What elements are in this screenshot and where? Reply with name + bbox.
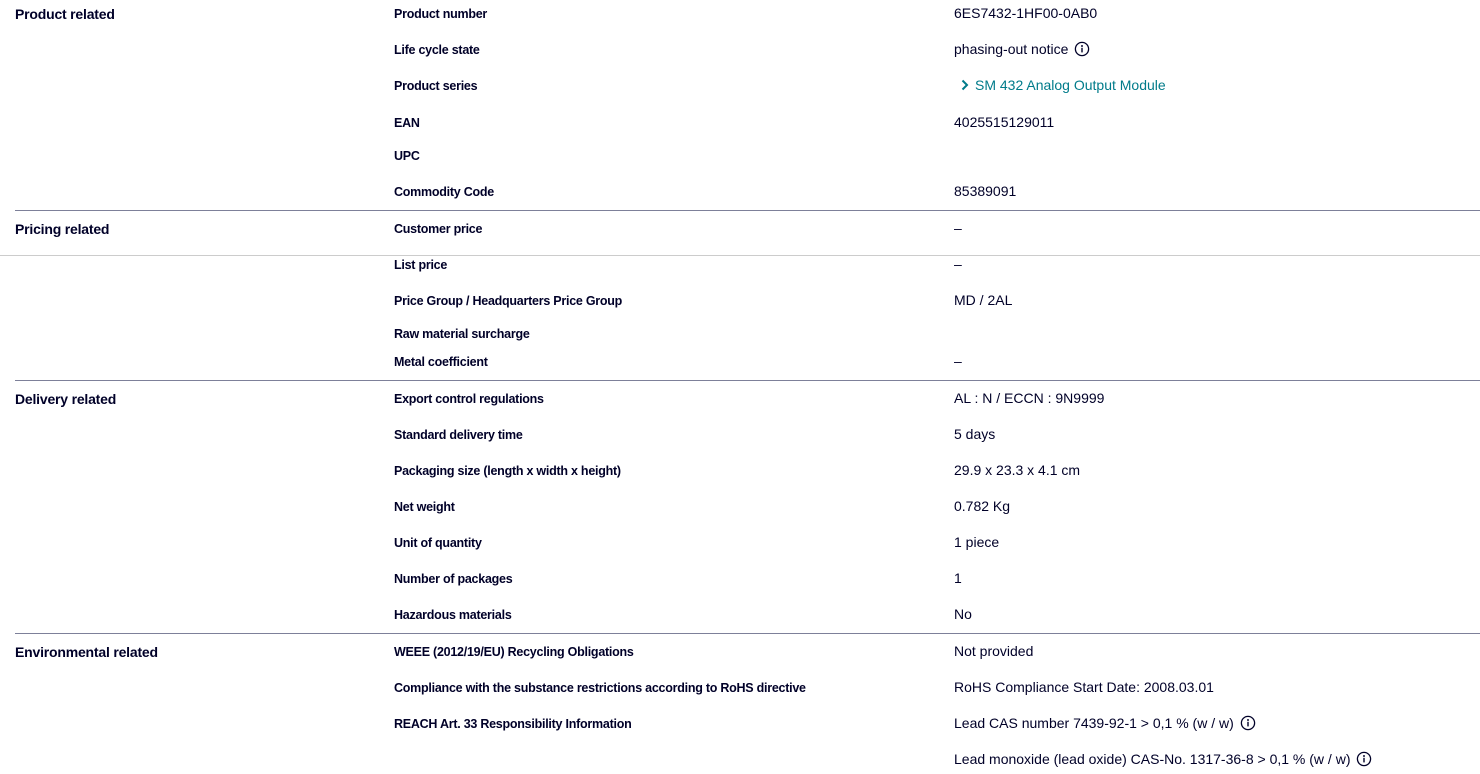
property-value: – xyxy=(954,254,962,274)
table-row: Product related Product number 6ES7432-1… xyxy=(0,4,1480,24)
property-label: Compliance with the substance restrictio… xyxy=(394,678,806,698)
reach-lead-oxide-value: Lead monoxide (lead oxide) CAS-No. 1317-… xyxy=(954,749,1350,769)
property-label: Number of packages xyxy=(394,569,512,589)
property-value: 29.9 x 23.3 x 4.1 cm xyxy=(954,460,1080,480)
info-icon[interactable] xyxy=(1074,41,1090,57)
property-label: WEEE (2012/19/EU) Recycling Obligations xyxy=(394,642,634,662)
property-label: Price Group / Headquarters Price Group xyxy=(394,291,622,311)
property-label: Packaging size (length x width x height) xyxy=(394,461,621,481)
property-label: Metal coefficient xyxy=(394,352,488,372)
property-value: – xyxy=(954,218,962,238)
property-value: SM 432 Analog Output Module xyxy=(954,75,1166,95)
property-label: Customer price xyxy=(394,219,482,239)
property-label: Commodity Code xyxy=(394,182,494,202)
property-value: 0.782 Kg xyxy=(954,496,1010,516)
property-value: phasing-out notice xyxy=(954,39,1090,59)
chevron-right-icon xyxy=(958,78,972,92)
table-row: Metal coefficient – xyxy=(0,352,1480,372)
table-row: REACH Art. 33 Responsibility Information… xyxy=(0,714,1480,734)
section-title-delivery-related: Delivery related xyxy=(15,389,116,409)
table-row: Number of packages 1 xyxy=(0,569,1480,589)
property-label: Unit of quantity xyxy=(394,533,482,553)
section-divider xyxy=(15,210,1480,211)
table-row: Net weight 0.782 Kg xyxy=(0,497,1480,517)
table-row: List price – xyxy=(0,255,1480,275)
property-label: List price xyxy=(394,255,447,275)
property-value: 4025515129011 xyxy=(954,112,1054,132)
property-value: 85389091 xyxy=(954,181,1016,201)
property-label: UPC xyxy=(394,146,420,166)
section-title-pricing-related: Pricing related xyxy=(15,219,109,239)
table-row: Standard delivery time 5 days xyxy=(0,425,1480,445)
property-label: Raw material surcharge xyxy=(394,324,530,344)
table-row: Price Group / Headquarters Price Group M… xyxy=(0,291,1480,311)
section-divider xyxy=(15,633,1480,634)
table-row: Unit of quantity 1 piece xyxy=(0,533,1480,553)
property-value: 1 xyxy=(954,568,962,588)
info-icon[interactable] xyxy=(1240,715,1256,731)
property-label: EAN xyxy=(394,113,420,133)
section-title-product-related: Product related xyxy=(15,4,115,24)
property-label: REACH Art. 33 Responsibility Information xyxy=(394,714,631,734)
table-row: Commodity Code 85389091 xyxy=(0,182,1480,202)
property-label: Standard delivery time xyxy=(394,425,523,445)
table-row: Pricing related Customer price – xyxy=(0,219,1480,239)
section-divider xyxy=(15,380,1480,381)
product-series-link[interactable]: SM 432 Analog Output Module xyxy=(954,75,1166,95)
table-row: Packaging size (length x width x height)… xyxy=(0,461,1480,481)
reach-lead-value: Lead CAS number 7439-92-1 > 0,1 % (w / w… xyxy=(954,713,1234,733)
property-value: 6ES7432-1HF00-0AB0 xyxy=(954,3,1097,23)
property-value: Lead monoxide (lead oxide) CAS-No. 1317-… xyxy=(954,749,1372,769)
product-details-table: Product related Product number 6ES7432-1… xyxy=(0,0,1480,774)
table-row: EAN 4025515129011 xyxy=(0,113,1480,133)
property-value: RoHS Compliance Start Date: 2008.03.01 xyxy=(954,677,1214,697)
property-label: Net weight xyxy=(394,497,455,517)
property-value: MD / 2AL xyxy=(954,290,1012,310)
property-value: Lead CAS number 7439-92-1 > 0,1 % (w / w… xyxy=(954,713,1256,733)
product-number-value: 6ES7432-1HF00-0AB0 xyxy=(954,3,1097,23)
table-row: Life cycle state phasing-out notice xyxy=(0,40,1480,60)
table-row: Delivery related Export control regulati… xyxy=(0,389,1480,409)
table-row: Compliance with the substance restrictio… xyxy=(0,678,1480,698)
table-row: UPC xyxy=(0,146,1480,166)
property-value: Not provided xyxy=(954,641,1033,661)
section-title-environmental-related: Environmental related xyxy=(15,642,158,662)
table-row: Hazardous materials No xyxy=(0,605,1480,625)
property-label: Product number xyxy=(394,4,487,24)
info-icon[interactable] xyxy=(1356,751,1372,767)
property-value: 5 days xyxy=(954,424,995,444)
product-series-label: SM 432 Analog Output Module xyxy=(975,75,1166,95)
property-value: No xyxy=(954,604,972,624)
property-label: Product series xyxy=(394,76,477,96)
table-row: Raw material surcharge xyxy=(0,324,1480,344)
property-value: AL : N / ECCN : 9N9999 xyxy=(954,388,1104,408)
table-row: Lead monoxide (lead oxide) CAS-No. 1317-… xyxy=(0,750,1480,770)
life-cycle-value: phasing-out notice xyxy=(954,39,1068,59)
property-value: – xyxy=(954,351,962,371)
table-row: Environmental related WEEE (2012/19/EU) … xyxy=(0,642,1480,662)
property-label: Life cycle state xyxy=(394,40,480,60)
table-row: Product series SM 432 Analog Output Modu… xyxy=(0,76,1480,96)
property-label: Export control regulations xyxy=(394,389,544,409)
property-label: Hazardous materials xyxy=(394,605,512,625)
property-value: 1 piece xyxy=(954,532,999,552)
